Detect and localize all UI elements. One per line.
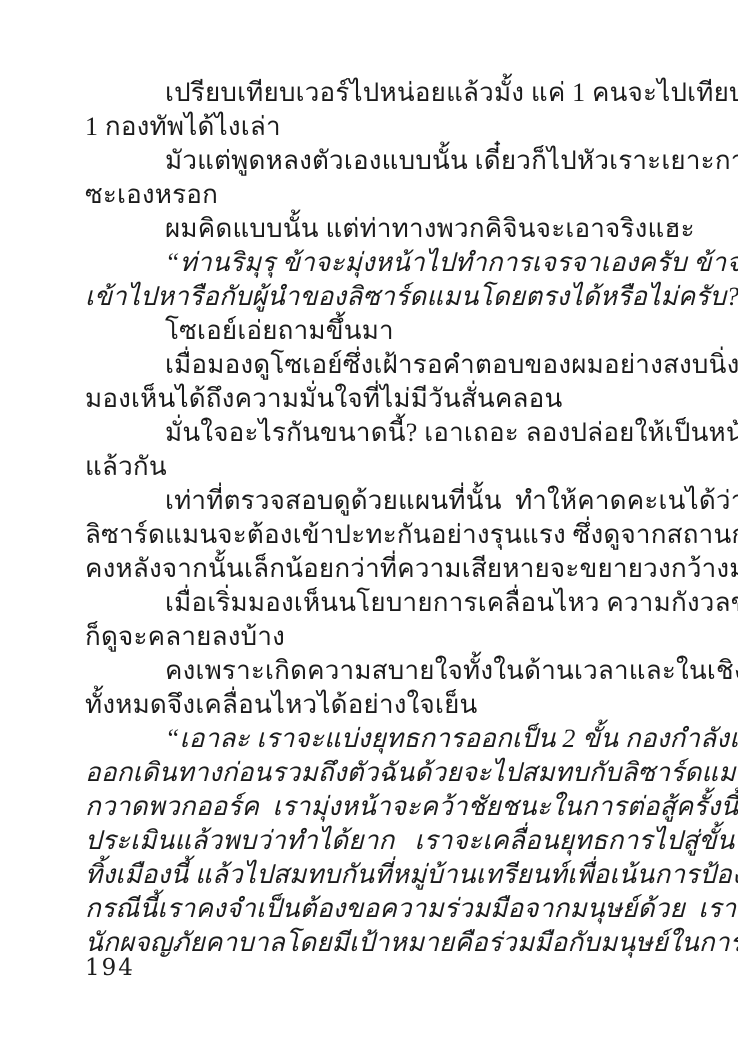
text-line: ออกเดินทางก่อนรวมถึงตัวฉันด้วยจะไปสมทบกั…	[85, 756, 657, 790]
text-line: มองเห็นได้ถึงความมั่นใจที่ไม่มีวันสั่นคล…	[85, 382, 657, 416]
text-line: “เอาละ เราจะแบ่งยุทธการออกเป็น 2 ขั้น กอ…	[85, 722, 657, 756]
text-line: เข้าไปหารือกับผู้นำของลิซาร์ดแมนโดยตรงได…	[85, 280, 657, 314]
paragraph: โซเอย์เอ่ยถามขึ้นมา	[85, 314, 657, 348]
text-line: ผมคิดแบบนั้น แต่ท่าทางพวกคิจินจะเอาจริงแ…	[85, 212, 657, 246]
text-line: เมื่อมองดูโซเอย์ซึ่งเฝ้ารอคำตอบของผมอย่า…	[85, 348, 657, 382]
paragraph: “ท่านริมุรุ ข้าจะมุ่งหน้าไปทำการเจรจาเอง…	[85, 246, 657, 314]
text-line: กวาดพวกออร์ค เรามุ่งหน้าจะคว้าชัยชนะในกา…	[85, 790, 657, 824]
paragraph: “เอาละ เราจะแบ่งยุทธการออกเป็น 2 ขั้น กอ…	[85, 722, 657, 960]
text-line: “ท่านริมุรุ ข้าจะมุ่งหน้าไปทำการเจรจาเอง…	[85, 246, 657, 280]
text-line: ลิซาร์ดแมนจะต้องเข้าปะทะกันอย่างรุนแรง ซ…	[85, 518, 657, 552]
text-line: เท่าที่ตรวจสอบดูด้วยแผนที่นั้น ทำให้คาดค…	[85, 484, 657, 518]
paragraph: เปรียบเทียบเวอร์ไปหน่อยแล้วมั้ง แค่ 1 คน…	[85, 76, 657, 144]
body-text: เปรียบเทียบเวอร์ไปหน่อยแล้วมั้ง แค่ 1 คน…	[85, 76, 657, 960]
text-line: กรณีนี้เราคงจำเป็นต้องขอความร่วมมือจากมน…	[85, 892, 657, 926]
text-line: ประเมินแล้วพบว่าทำได้ยาก เราจะเคลื่อนยุท…	[85, 824, 657, 858]
page-number: 194	[85, 955, 135, 981]
paragraph: ผมคิดแบบนั้น แต่ท่าทางพวกคิจินจะเอาจริงแ…	[85, 212, 657, 246]
text-line: คงหลังจากนั้นเล็กน้อยกว่าที่ความเสียหายจ…	[85, 552, 657, 586]
book-page: เปรียบเทียบเวอร์ไปหน่อยแล้วมั้ง แค่ 1 คน…	[0, 0, 738, 1051]
text-line: เมื่อเริ่มมองเห็นนโยบายการเคลื่อนไหว ควา…	[85, 586, 657, 620]
text-line: โซเอย์เอ่ยถามขึ้นมา	[85, 314, 657, 348]
text-line: ก็ดูจะคลายลงบ้าง	[85, 620, 657, 654]
text-line: มัวแต่พูดหลงตัวเองแบบนั้น เดี๋ยวก็ไปหัวเ…	[85, 144, 657, 178]
text-line: 1 กองทัพได้ไงเล่า	[85, 110, 657, 144]
text-line: ทิ้งเมืองนี้ แล้วไปสมทบกันที่หมู่บ้านเทร…	[85, 858, 657, 892]
text-line: ทั้งหมดจึงเคลื่อนไหวได้อย่างใจเย็น	[85, 688, 657, 722]
text-line: มั่นใจอะไรกันขนาดนี้? เอาเถอะ ลองปล่อยให…	[85, 416, 657, 450]
paragraph: คงเพราะเกิดความสบายใจทั้งในด้านเวลาและใน…	[85, 654, 657, 722]
text-line: คงเพราะเกิดความสบายใจทั้งในด้านเวลาและใน…	[85, 654, 657, 688]
text-line: เปรียบเทียบเวอร์ไปหน่อยแล้วมั้ง แค่ 1 คน…	[85, 76, 657, 110]
paragraph: เท่าที่ตรวจสอบดูด้วยแผนที่นั้น ทำให้คาดค…	[85, 484, 657, 586]
text-line: นักผจญภัยคาบาลโดยมีเป้าหมายคือร่วมมือกับ…	[85, 926, 657, 960]
paragraph: มัวแต่พูดหลงตัวเองแบบนั้น เดี๋ยวก็ไปหัวเ…	[85, 144, 657, 212]
text-line: ซะเองหรอก	[85, 178, 657, 212]
text-line: แล้วกัน	[85, 450, 657, 484]
paragraph: เมื่อเริ่มมองเห็นนโยบายการเคลื่อนไหว ควา…	[85, 586, 657, 654]
paragraph: เมื่อมองดูโซเอย์ซึ่งเฝ้ารอคำตอบของผมอย่า…	[85, 348, 657, 416]
paragraph: มั่นใจอะไรกันขนาดนี้? เอาเถอะ ลองปล่อยให…	[85, 416, 657, 484]
